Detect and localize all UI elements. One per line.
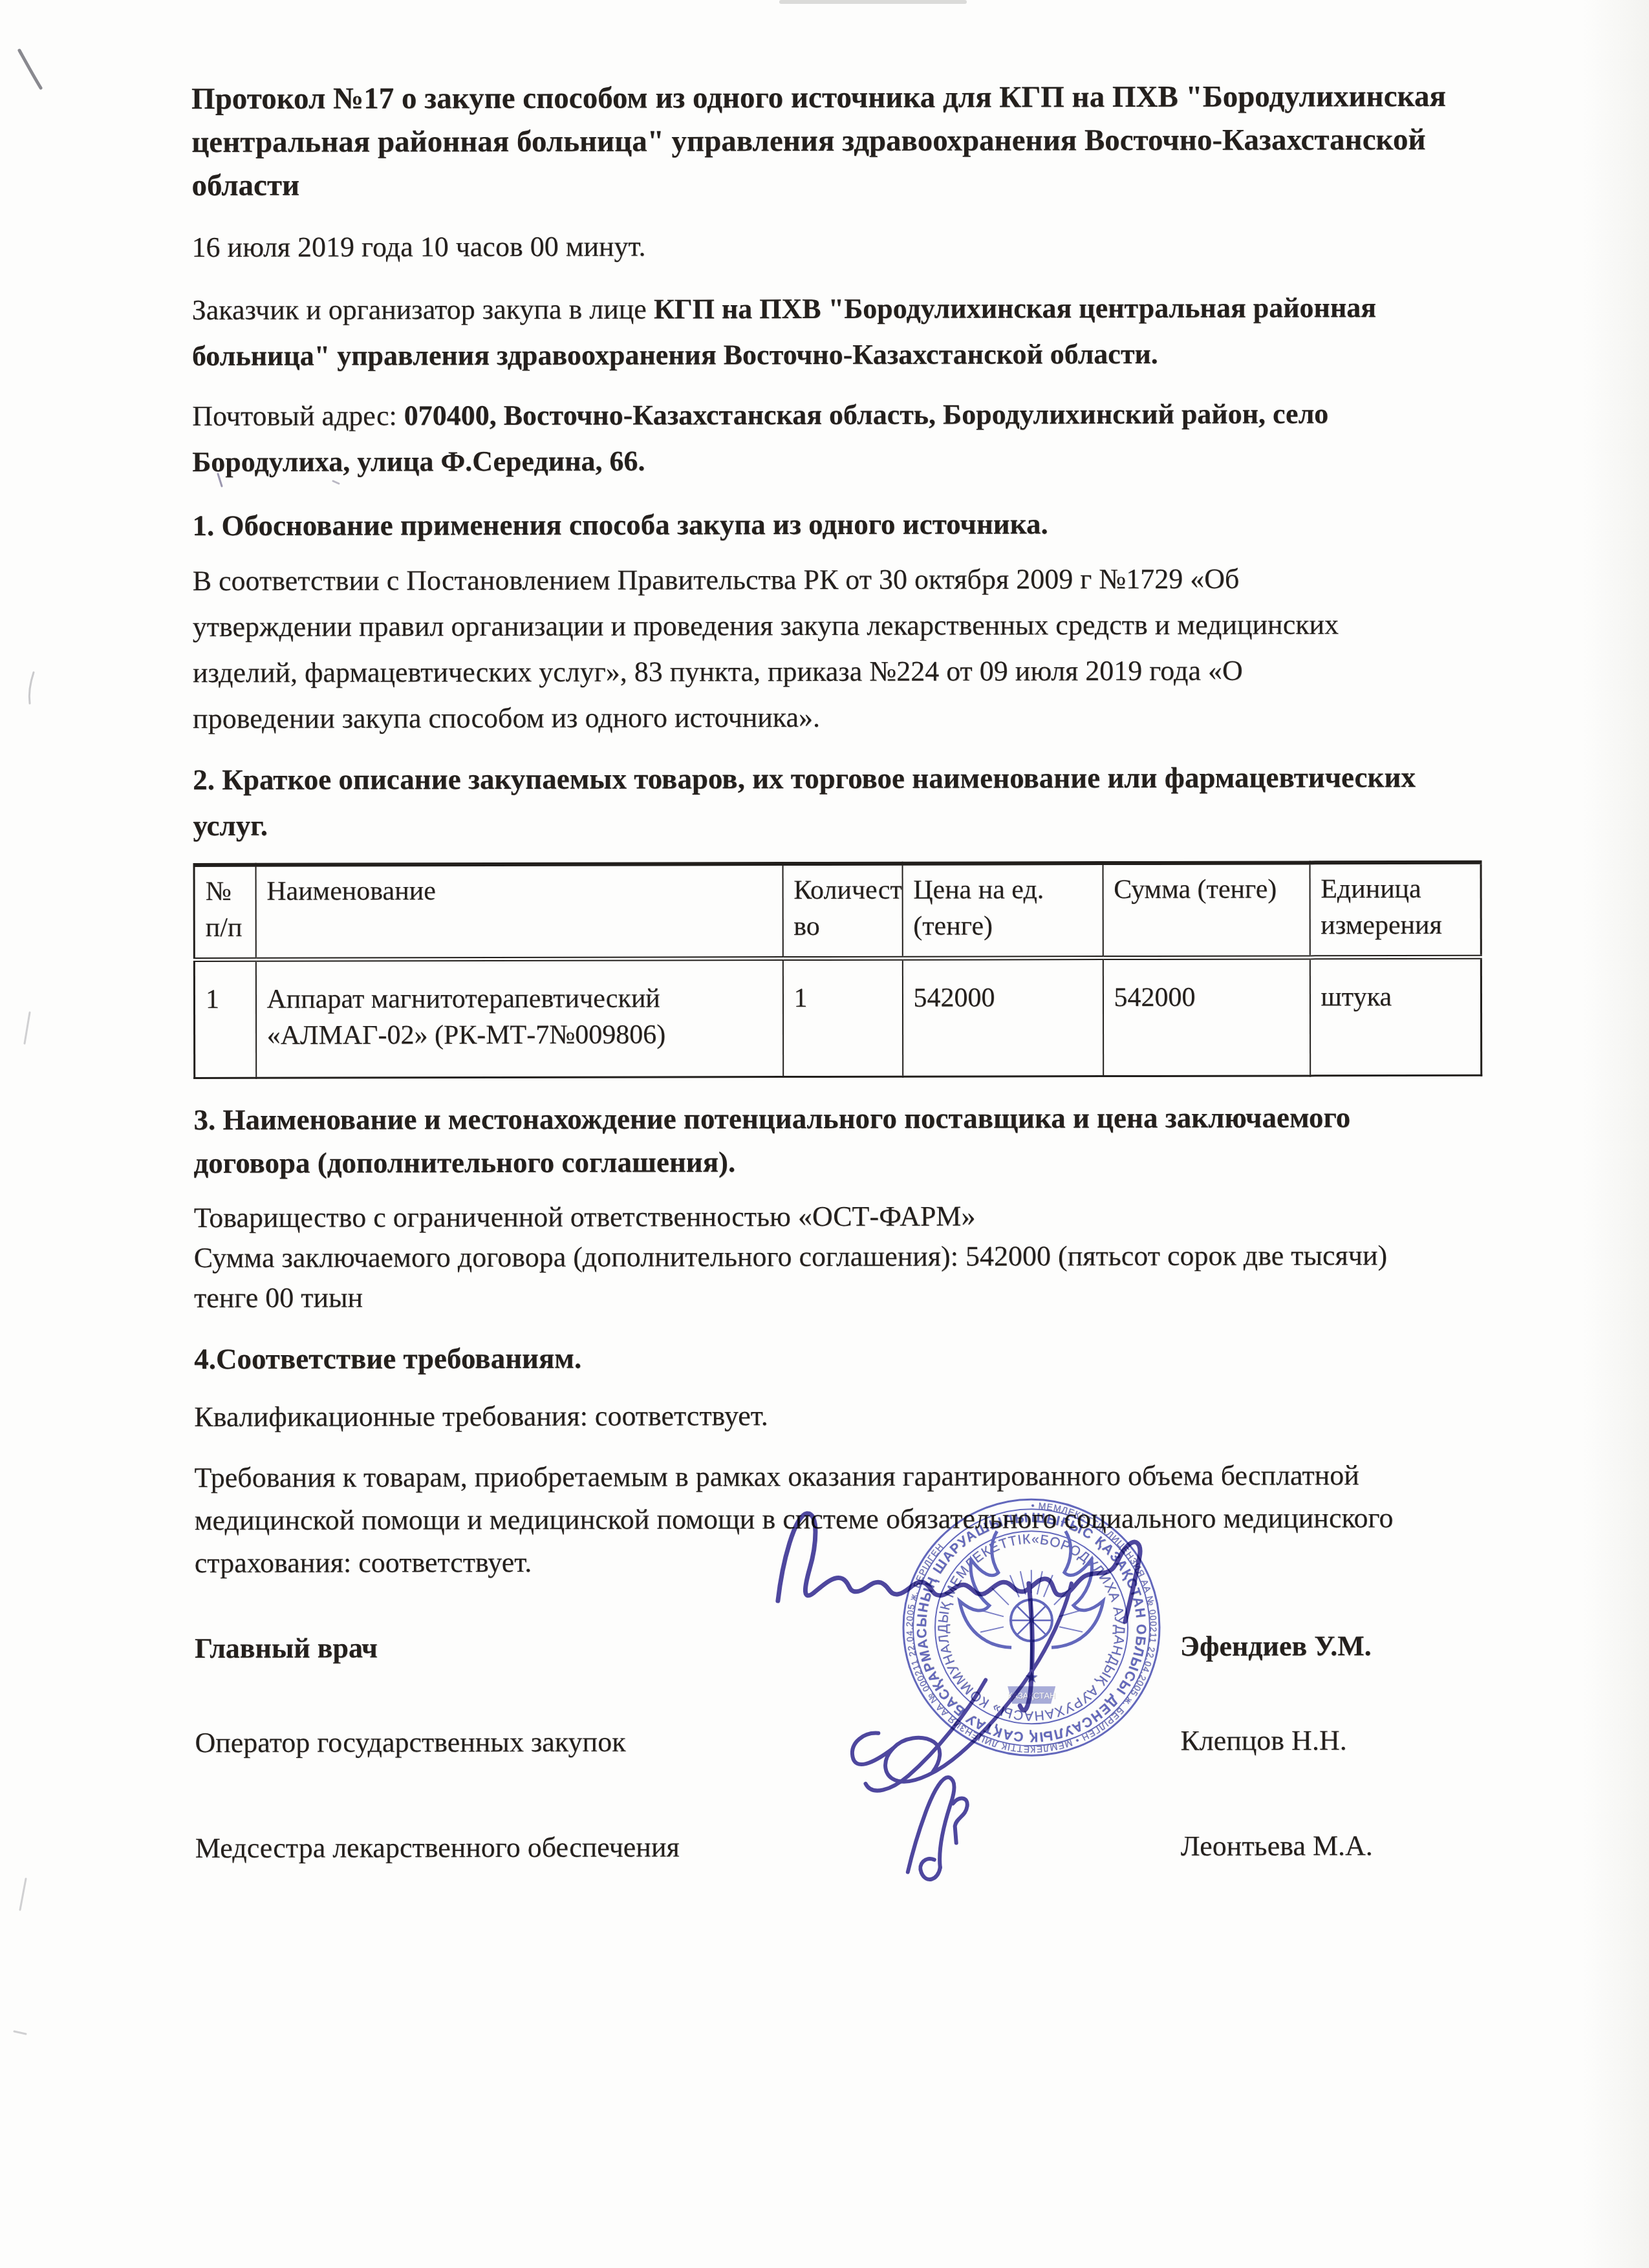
scan-artifacts — [0, 0, 1649, 2268]
pen-tick-mark — [218, 474, 222, 486]
edge-mark — [25, 1012, 30, 1043]
edge-mark — [14, 2031, 26, 2034]
speck-mark — [333, 481, 339, 484]
pen-mark-top-left — [19, 50, 41, 88]
edge-mark — [29, 672, 34, 703]
edge-mark — [20, 1879, 26, 1910]
scanned-document-page: Протокол №17 о закупе способом из одного… — [0, 0, 1649, 2268]
